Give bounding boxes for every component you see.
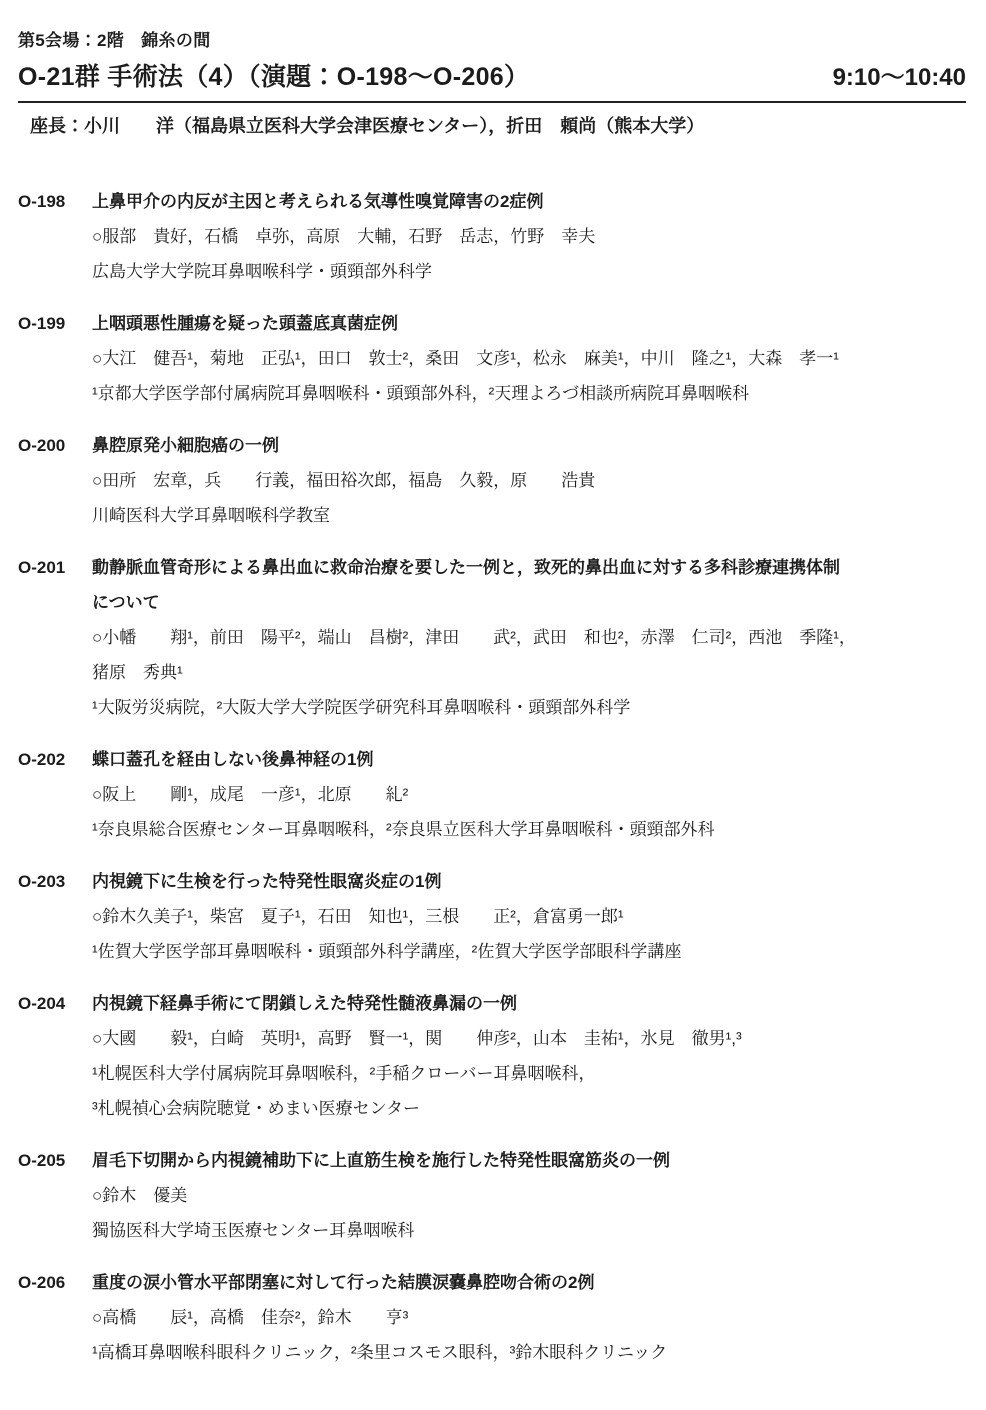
author-line: ○鈴木 優美 bbox=[92, 1178, 966, 1213]
presentation-authors: ○小幡 翔¹，前田 陽平²，端山 昌樹²，津田 武²，武田 和也²，赤澤 仁司²… bbox=[92, 620, 966, 690]
title-line: 上鼻甲介の内反が主因と考えられる気導性嗅覚障害の2症例 bbox=[92, 184, 966, 219]
presentation-authors: ○田所 宏章，兵 行義，福田裕次郎，福島 久毅，原 浩貴 bbox=[92, 463, 966, 498]
presentation-entry: O-205 眉毛下切開から内視鏡補助下に上直筋生検を施行した特発性眼窩筋炎の一例… bbox=[18, 1143, 966, 1248]
author-line: ○小幡 翔¹，前田 陽平²，端山 昌樹²，津田 武²，武田 和也²，赤澤 仁司²… bbox=[92, 620, 966, 655]
author-line: ○大江 健吾¹，菊地 正弘¹，田口 敦士²，桑田 文彦¹，松永 麻美¹，中川 隆… bbox=[92, 341, 966, 376]
title-line: 内視鏡下経鼻手術にて閉鎖しえた特発性髄液鼻漏の一例 bbox=[92, 986, 966, 1021]
presentation-code: O-198 bbox=[18, 184, 92, 289]
author-line: ○鈴木久美子¹，柴宮 夏子¹，石田 知也¹，三根 正²，倉富勇一郎¹ bbox=[92, 899, 966, 934]
affil-line: ¹京都大学医学部付属病院耳鼻咽喉科・頭頸部外科，²天理よろづ相談所病院耳鼻咽喉科 bbox=[92, 376, 966, 411]
presentation-entry: O-200 鼻腔原発小細胞癌の一例 ○田所 宏章，兵 行義，福田裕次郎，福島 久… bbox=[18, 428, 966, 533]
author-line: ○阪上 剛¹，成尾 一彦¹，北原 糺² bbox=[92, 777, 966, 812]
affil-line: ¹奈良県総合医療センター耳鼻咽喉科，²奈良県立医科大学耳鼻咽喉科・頭頸部外科 bbox=[92, 812, 966, 847]
venue-line: 第5会場：2階 錦糸の間 bbox=[18, 26, 966, 51]
session-title: O-21群 手術法（4）（演題：O-198～O-206） bbox=[18, 57, 529, 93]
presentation-content: 上咽頭悪性腫瘍を疑った頭蓋底真菌症例 ○大江 健吾¹，菊地 正弘¹，田口 敦士²… bbox=[92, 306, 966, 411]
presentation-authors: ○鈴木 優美 bbox=[92, 1178, 966, 1213]
presentation-entry: O-199 上咽頭悪性腫瘍を疑った頭蓋底真菌症例 ○大江 健吾¹，菊地 正弘¹，… bbox=[18, 306, 966, 411]
presentation-content: 蝶口蓋孔を経由しない後鼻神経の1例 ○阪上 剛¹，成尾 一彦¹，北原 糺² ¹奈… bbox=[92, 742, 966, 847]
presentation-entry: O-201 動静脈血管奇形による鼻出血に救命治療を要した一例と，致死的鼻出血に対… bbox=[18, 550, 966, 725]
presentation-content: 内視鏡下経鼻手術にて閉鎖しえた特発性髄液鼻漏の一例 ○大國 毅¹，白崎 英明¹，… bbox=[92, 986, 966, 1126]
presentation-authors: ○高橋 辰¹，高橋 佳奈²，鈴木 亨³ bbox=[92, 1300, 966, 1335]
presentation-affiliations: 川崎医科大学耳鼻咽喉科学教室 bbox=[92, 498, 966, 533]
affil-line: ³札幌禎心会病院聴覚・めまい医療センター bbox=[92, 1091, 966, 1126]
presentation-content: 眉毛下切開から内視鏡補助下に上直筋生検を施行した特発性眼窩筋炎の一例 ○鈴木 優… bbox=[92, 1143, 966, 1248]
presentation-content: 動静脈血管奇形による鼻出血に救命治療を要した一例と，致死的鼻出血に対する多科診療… bbox=[92, 550, 966, 725]
presentation-title: 鼻腔原発小細胞癌の一例 bbox=[92, 428, 966, 463]
presentation-entry: O-198 上鼻甲介の内反が主因と考えられる気導性嗅覚障害の2症例 ○服部 貴好… bbox=[18, 184, 966, 289]
affil-line: 川崎医科大学耳鼻咽喉科学教室 bbox=[92, 498, 966, 533]
presentation-authors: ○大國 毅¹，白崎 英明¹，高野 賢一¹，関 伸彦²，山本 圭祐¹，氷見 徹男¹… bbox=[92, 1021, 966, 1056]
presentation-code: O-203 bbox=[18, 864, 92, 969]
presentation-content: 重度の涙小管水平部閉塞に対して行った結膜涙嚢鼻腔吻合術の2例 ○高橋 辰¹，高橋… bbox=[92, 1265, 966, 1370]
presentation-title: 眉毛下切開から内視鏡補助下に上直筋生検を施行した特発性眼窩筋炎の一例 bbox=[92, 1143, 966, 1178]
author-line: ○田所 宏章，兵 行義，福田裕次郎，福島 久毅，原 浩貴 bbox=[92, 463, 966, 498]
presentation-authors: ○服部 貴好，石橋 卓弥，高原 大輔，石野 岳志，竹野 幸夫 bbox=[92, 219, 966, 254]
program-page: 第5会場：2階 錦糸の間 O-21群 手術法（4）（演題：O-198～O-206… bbox=[0, 0, 986, 1410]
presentation-title: 上鼻甲介の内反が主因と考えられる気導性嗅覚障害の2症例 bbox=[92, 184, 966, 219]
presentation-authors: ○鈴木久美子¹，柴宮 夏子¹，石田 知也¹，三根 正²，倉富勇一郎¹ bbox=[92, 899, 966, 934]
author-line: ○服部 貴好，石橋 卓弥，高原 大輔，石野 岳志，竹野 幸夫 bbox=[92, 219, 966, 254]
presentation-list: O-198 上鼻甲介の内反が主因と考えられる気導性嗅覚障害の2症例 ○服部 貴好… bbox=[18, 184, 966, 1370]
presentation-entry: O-202 蝶口蓋孔を経由しない後鼻神経の1例 ○阪上 剛¹，成尾 一彦¹，北原… bbox=[18, 742, 966, 847]
presentation-affiliations: ¹京都大学医学部付属病院耳鼻咽喉科・頭頸部外科，²天理よろづ相談所病院耳鼻咽喉科 bbox=[92, 376, 966, 411]
title-line: 内視鏡下に生検を行った特発性眼窩炎症の1例 bbox=[92, 864, 966, 899]
presentation-content: 鼻腔原発小細胞癌の一例 ○田所 宏章，兵 行義，福田裕次郎，福島 久毅，原 浩貴… bbox=[92, 428, 966, 533]
session-time: 9:10～10:40 bbox=[833, 57, 966, 92]
presentation-code: O-202 bbox=[18, 742, 92, 847]
affil-line: 広島大学大学院耳鼻咽喉科学・頭頸部外科学 bbox=[92, 254, 966, 289]
presentation-entry: O-206 重度の涙小管水平部閉塞に対して行った結膜涙嚢鼻腔吻合術の2例 ○高橋… bbox=[18, 1265, 966, 1370]
presentation-affiliations: 広島大学大学院耳鼻咽喉科学・頭頸部外科学 bbox=[92, 254, 966, 289]
title-line: 重度の涙小管水平部閉塞に対して行った結膜涙嚢鼻腔吻合術の2例 bbox=[92, 1265, 966, 1300]
presentation-authors: ○大江 健吾¹，菊地 正弘¹，田口 敦士²，桑田 文彦¹，松永 麻美¹，中川 隆… bbox=[92, 341, 966, 376]
presentation-title: 動静脈血管奇形による鼻出血に救命治療を要した一例と，致死的鼻出血に対する多科診療… bbox=[92, 550, 966, 620]
presentation-affiliations: ¹佐賀大学医学部耳鼻咽喉科・頭頸部外科学講座，²佐賀大学医学部眼科学講座 bbox=[92, 934, 966, 969]
affil-line: ¹大阪労災病院，²大阪大学大学院医学研究科耳鼻咽喉科・頭頸部外科学 bbox=[92, 690, 966, 725]
chairs-line: 座長：小川 洋（福島県立医科大学会津医療センター），折田 頼尚（熊本大学） bbox=[18, 112, 966, 138]
session-header: O-21群 手術法（4）（演題：O-198～O-206） 9:10～10:40 bbox=[18, 57, 966, 93]
presentation-entry: O-204 内視鏡下経鼻手術にて閉鎖しえた特発性髄液鼻漏の一例 ○大國 毅¹，白… bbox=[18, 986, 966, 1126]
presentation-title: 内視鏡下経鼻手術にて閉鎖しえた特発性髄液鼻漏の一例 bbox=[92, 986, 966, 1021]
presentation-code: O-199 bbox=[18, 306, 92, 411]
presentation-content: 上鼻甲介の内反が主因と考えられる気導性嗅覚障害の2症例 ○服部 貴好，石橋 卓弥… bbox=[92, 184, 966, 289]
affil-line: 獨協医科大学埼玉医療センター耳鼻咽喉科 bbox=[92, 1213, 966, 1248]
presentation-entry: O-203 内視鏡下に生検を行った特発性眼窩炎症の1例 ○鈴木久美子¹，柴宮 夏… bbox=[18, 864, 966, 969]
affil-line: ¹佐賀大学医学部耳鼻咽喉科・頭頸部外科学講座，²佐賀大学医学部眼科学講座 bbox=[92, 934, 966, 969]
title-line: 鼻腔原発小細胞癌の一例 bbox=[92, 428, 966, 463]
presentation-code: O-200 bbox=[18, 428, 92, 533]
presentation-code: O-206 bbox=[18, 1265, 92, 1370]
presentation-title: 内視鏡下に生検を行った特発性眼窩炎症の1例 bbox=[92, 864, 966, 899]
title-line: 蝶口蓋孔を経由しない後鼻神経の1例 bbox=[92, 742, 966, 777]
presentation-affiliations: ¹奈良県総合医療センター耳鼻咽喉科，²奈良県立医科大学耳鼻咽喉科・頭頸部外科 bbox=[92, 812, 966, 847]
title-line: 上咽頭悪性腫瘍を疑った頭蓋底真菌症例 bbox=[92, 306, 966, 341]
presentation-affiliations: ¹札幌医科大学付属病院耳鼻咽喉科，²手稲クローバー耳鼻咽喉科，³札幌禎心会病院聴… bbox=[92, 1056, 966, 1126]
presentation-code: O-201 bbox=[18, 550, 92, 725]
header-divider bbox=[18, 101, 966, 103]
presentation-title: 上咽頭悪性腫瘍を疑った頭蓋底真菌症例 bbox=[92, 306, 966, 341]
presentation-code: O-204 bbox=[18, 986, 92, 1126]
title-line: 眉毛下切開から内視鏡補助下に上直筋生検を施行した特発性眼窩筋炎の一例 bbox=[92, 1143, 966, 1178]
presentation-content: 内視鏡下に生検を行った特発性眼窩炎症の1例 ○鈴木久美子¹，柴宮 夏子¹，石田 … bbox=[92, 864, 966, 969]
presentation-title: 重度の涙小管水平部閉塞に対して行った結膜涙嚢鼻腔吻合術の2例 bbox=[92, 1265, 966, 1300]
affil-line: ¹札幌医科大学付属病院耳鼻咽喉科，²手稲クローバー耳鼻咽喉科， bbox=[92, 1056, 966, 1091]
title-line: について bbox=[92, 585, 966, 620]
presentation-code: O-205 bbox=[18, 1143, 92, 1248]
author-line: 猪原 秀典¹ bbox=[92, 655, 966, 690]
author-line: ○大國 毅¹，白崎 英明¹，高野 賢一¹，関 伸彦²，山本 圭祐¹，氷見 徹男¹… bbox=[92, 1021, 966, 1056]
presentation-affiliations: ¹高橋耳鼻咽喉科眼科クリニック，²条里コスモス眼科，³鈴木眼科クリニック bbox=[92, 1335, 966, 1370]
presentation-title: 蝶口蓋孔を経由しない後鼻神経の1例 bbox=[92, 742, 966, 777]
author-line: ○高橋 辰¹，高橋 佳奈²，鈴木 亨³ bbox=[92, 1300, 966, 1335]
presentation-affiliations: 獨協医科大学埼玉医療センター耳鼻咽喉科 bbox=[92, 1213, 966, 1248]
presentation-authors: ○阪上 剛¹，成尾 一彦¹，北原 糺² bbox=[92, 777, 966, 812]
affil-line: ¹高橋耳鼻咽喉科眼科クリニック，²条里コスモス眼科，³鈴木眼科クリニック bbox=[92, 1335, 966, 1370]
title-line: 動静脈血管奇形による鼻出血に救命治療を要した一例と，致死的鼻出血に対する多科診療… bbox=[92, 550, 966, 585]
presentation-affiliations: ¹大阪労災病院，²大阪大学大学院医学研究科耳鼻咽喉科・頭頸部外科学 bbox=[92, 690, 966, 725]
